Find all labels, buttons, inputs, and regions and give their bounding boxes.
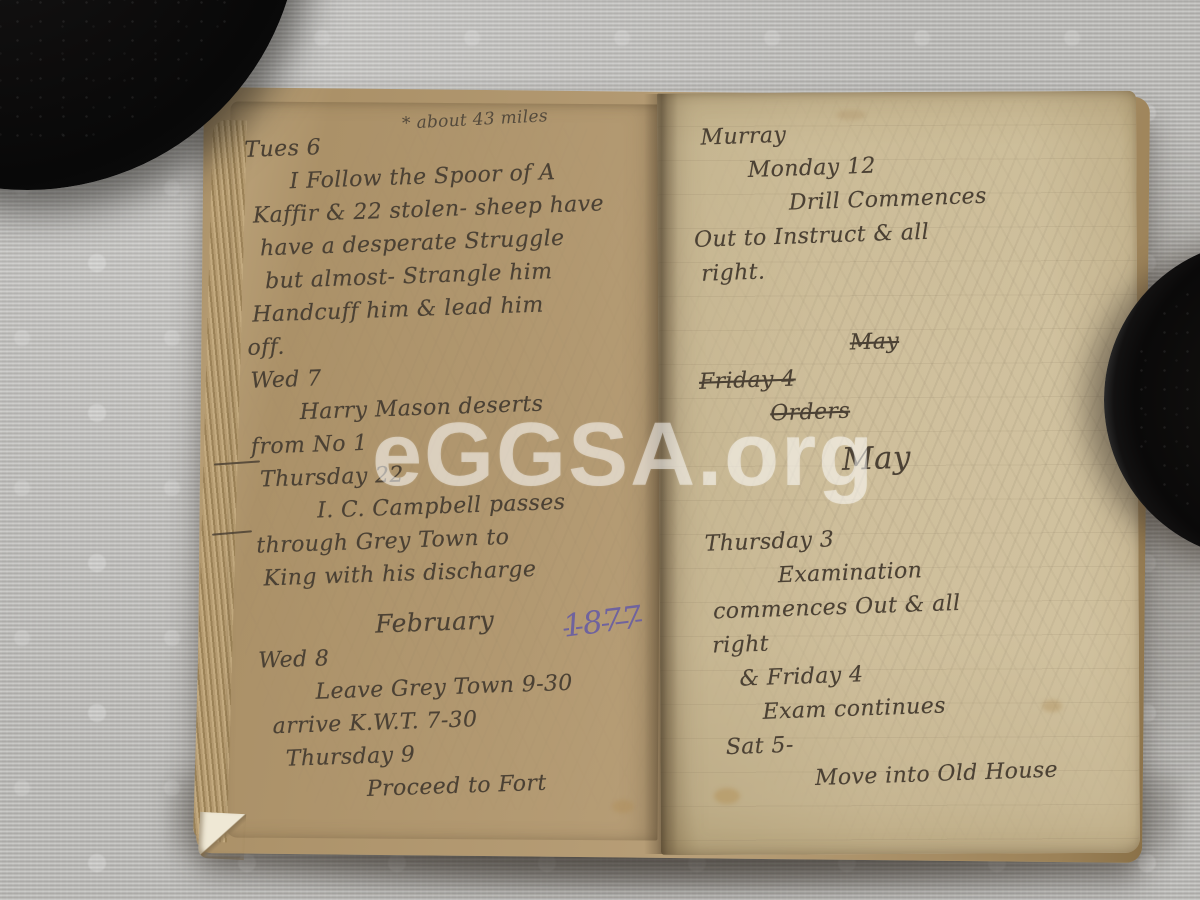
- diary-month-heading: May: [841, 432, 1146, 477]
- paper-stain: [612, 800, 634, 813]
- velvet-texture: [1130, 266, 1200, 535]
- dog-ear-fold: [198, 812, 246, 860]
- diary-photograph: * about 43 miles Tues 6 I Follow the Spo…: [0, 0, 1200, 900]
- watermark-text: eGGSA.org: [372, 404, 875, 507]
